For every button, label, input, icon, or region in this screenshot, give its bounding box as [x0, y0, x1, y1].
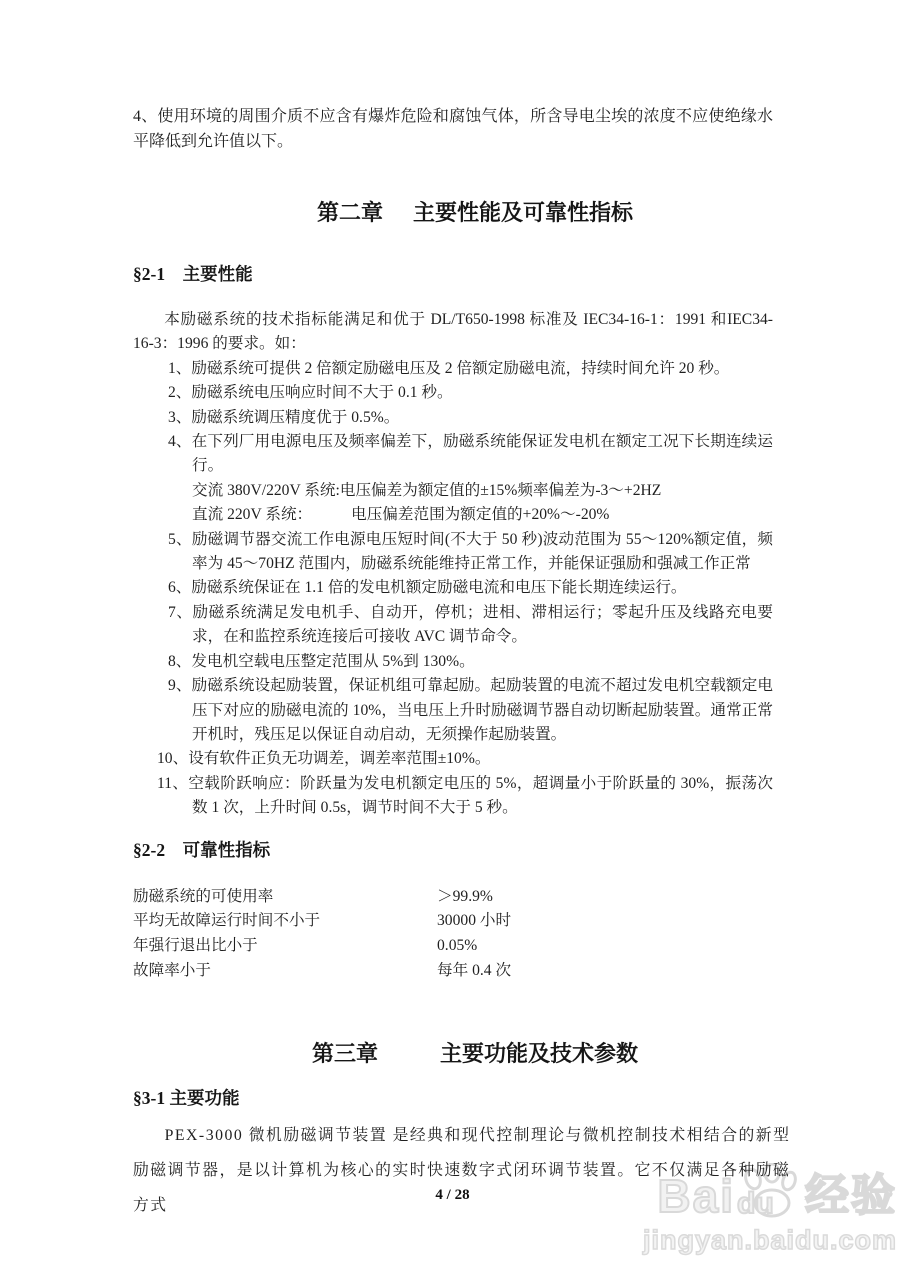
item-number: 8、 — [168, 653, 191, 670]
list-item-3: 3、励磁系统调压精度优于 0.5%。 — [133, 406, 773, 430]
chapter-2-number: 第二章 — [317, 200, 383, 225]
item-number: 4、 — [168, 433, 192, 450]
list-item-4: 4、在下列厂用电源电压及频率偏差下，励磁系统能保证发电机在额定工况下长期连续运行… — [133, 430, 773, 479]
item-text: 励磁系统电压响应时间不大于 0.1 秒。 — [191, 384, 452, 401]
section-3-1-paragraph: PEX-3000 微机励磁调节装置 是经典和现代控制理论与微机控制技术相结合的新… — [133, 1118, 801, 1223]
item-number: 11、 — [157, 775, 188, 792]
item-text: 励磁系统保证在 1.1 倍的发电机额定励磁电流和电压下能长期连续运行。 — [191, 579, 686, 596]
table-row: 励磁系统的可使用率＞99.9% — [133, 885, 773, 910]
document-page: 4、使用环境的周围介质不应含有爆炸危险和腐蚀气体，所含导电尘埃的浓度不应使绝缘水… — [133, 0, 773, 1223]
watermark-url: jingyan.baidu.com — [643, 1225, 897, 1256]
list-item-8: 8、发电机空载电压整定范围从 5%到 130%。 — [133, 650, 773, 674]
item-text: 励磁系统调压精度优于 0.5%。 — [191, 409, 399, 426]
list-item-4-ac-line: 交流 380V/220V 系统:电压偏差为额定值的±15%频率偏差为-3～+2H… — [133, 479, 773, 503]
row-value: 0.05% — [437, 934, 477, 959]
item-number: 6、 — [168, 579, 191, 596]
table-row: 年强行退出比小于0.05% — [133, 934, 773, 959]
section-2-1-intro: 本励磁系统的技术指标能满足和优于 DL/T650-1998 标准及 IEC34-… — [133, 308, 773, 357]
chapter-3-title: 主要功能及技术参数 — [440, 1041, 638, 1066]
item-number: 1、 — [168, 360, 191, 377]
list-item-1: 1、励磁系统可提供 2 倍额定励磁电压及 2 倍额定励磁电流，持续时间允许 20… — [133, 357, 773, 381]
list-item-7: 7、励磁系统满足发电机手、自动开，停机；进相、滞相运行；零起升压及线路充电要求，… — [133, 601, 773, 650]
list-item-10: 10、设有软件正负无功调差，调差率范围±10%。 — [133, 747, 773, 771]
item-number: 3、 — [168, 409, 191, 426]
item-number: 10、 — [157, 750, 188, 767]
row-label: 年强行退出比小于 — [133, 934, 437, 959]
item-text: 在下列厂用电源电压及频率偏差下，励磁系统能保证发电机在额定工况下长期连续运行。 — [192, 433, 773, 474]
row-label: 故障率小于 — [133, 959, 437, 984]
top-paragraph: 4、使用环境的周围介质不应含有爆炸危险和腐蚀气体，所含导电尘埃的浓度不应使绝缘水… — [133, 104, 773, 154]
row-value: 30000 小时 — [437, 909, 511, 934]
item-number: 2、 — [168, 384, 191, 401]
item-text: 设有软件正负无功调差，调差率范围±10%。 — [188, 750, 490, 767]
chapter-2-heading: 第二章主要性能及可靠性指标 — [155, 197, 795, 229]
item-number: 7、 — [168, 604, 192, 621]
reliability-table: 励磁系统的可使用率＞99.9% 平均无故障运行时间不小于30000 小时 年强行… — [133, 885, 773, 984]
list-item-5: 5、励磁调节器交流工作电源电压短时间(不大于 50 秒)波动范围为 55～120… — [133, 528, 773, 577]
chapter-3-heading: 第三章主要功能及技术参数 — [155, 1038, 795, 1070]
chapter-3-number: 第三章 — [312, 1041, 378, 1066]
page-number: 4 / 28 — [0, 1187, 905, 1204]
list-item-9: 9、励磁系统设起励装置，保证机组可靠起励。起励装置的电流不超过发电机空载额定电压… — [133, 674, 773, 747]
list-item-4-dc-line: 直流 220V 系统： 电压偏差范围为额定值的+20%～-20% — [133, 503, 773, 527]
item-text: 空载阶跃响应：阶跃量为发电机额定电压的 5%，超调量小于阶跃量的 30%，振荡次… — [188, 775, 773, 816]
row-value: 每年 0.4 次 — [437, 959, 511, 984]
section-2-2-heading: §2-2 可靠性指标 — [133, 837, 773, 863]
list-item-2: 2、励磁系统电压响应时间不大于 0.1 秒。 — [133, 381, 773, 405]
item-number: 9、 — [168, 677, 192, 694]
row-value: ＞99.9% — [437, 885, 493, 910]
item-number: 5、 — [168, 531, 192, 548]
list-item-6: 6、励磁系统保证在 1.1 倍的发电机额定励磁电流和电压下能长期连续运行。 — [133, 576, 773, 600]
item-text: 励磁调节器交流工作电源电压短时间(不大于 50 秒)波动范围为 55～120%额… — [192, 531, 773, 572]
item-text: 发电机空载电压整定范围从 5%到 130%。 — [191, 653, 474, 670]
list-item-11: 11、空载阶跃响应：阶跃量为发电机额定电压的 5%，超调量小于阶跃量的 30%，… — [133, 772, 773, 821]
table-row: 平均无故障运行时间不小于30000 小时 — [133, 909, 773, 934]
item-text: 励磁系统设起励装置，保证机组可靠起励。起励装置的电流不超过发电机空载额定电压下对… — [192, 677, 773, 743]
row-label: 励磁系统的可使用率 — [133, 885, 437, 910]
table-row: 故障率小于每年 0.4 次 — [133, 959, 773, 984]
item-text: 励磁系统可提供 2 倍额定励磁电压及 2 倍额定励磁电流，持续时间允许 20 秒… — [191, 360, 729, 377]
row-label: 平均无故障运行时间不小于 — [133, 909, 437, 934]
section-3-1-heading: §3-1 主要功能 — [133, 1085, 773, 1111]
section-2-1-heading: §2-1 主要性能 — [133, 261, 773, 287]
chapter-2-title: 主要性能及可靠性指标 — [413, 200, 633, 225]
item-text: 励磁系统满足发电机手、自动开，停机；进相、滞相运行；零起升压及线路充电要求，在和… — [192, 604, 773, 645]
